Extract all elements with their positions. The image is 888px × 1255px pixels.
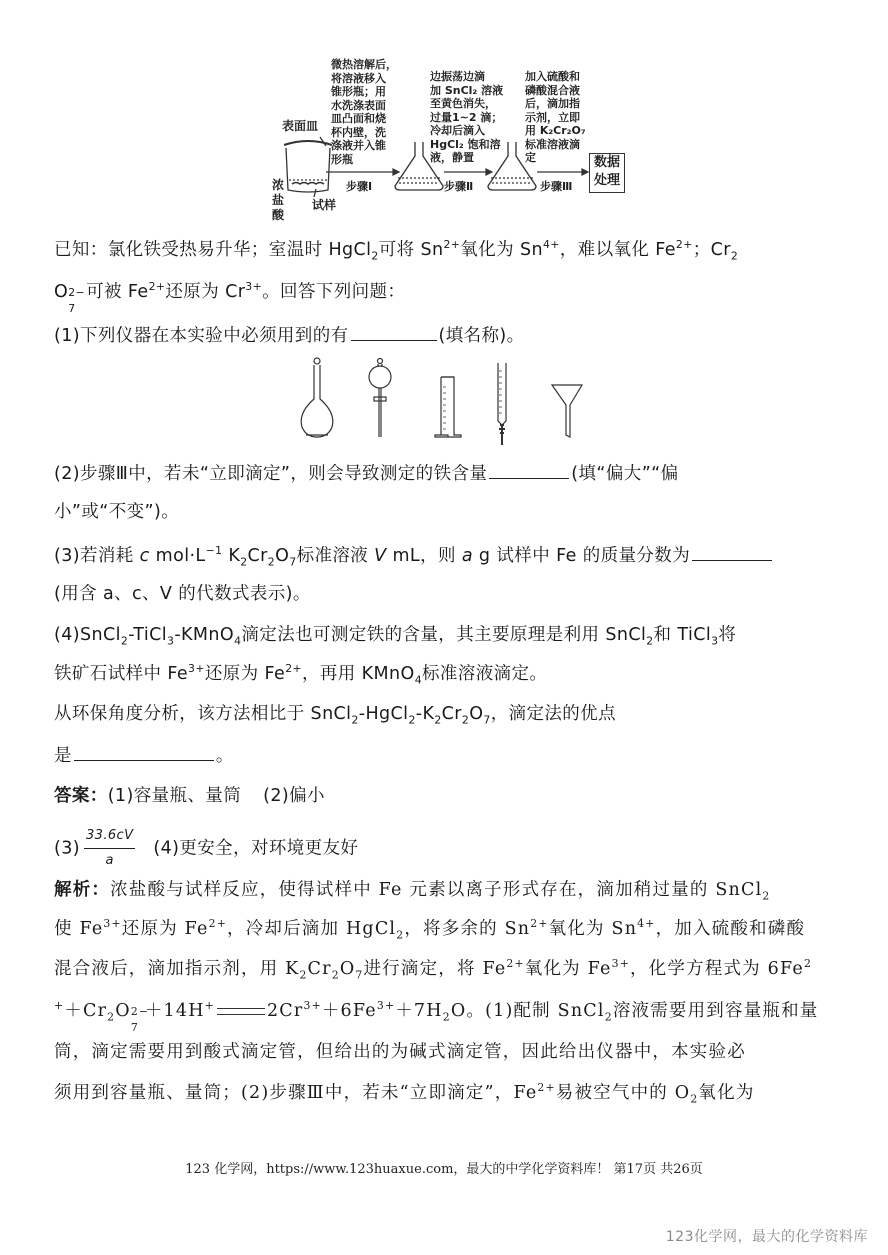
superscript: 2+: [530, 917, 548, 930]
separatory-funnel-icon: [369, 359, 391, 438]
step3-label: 步骤Ⅲ: [540, 178, 572, 194]
subscript: 7: [483, 714, 490, 727]
text: Cr: [308, 959, 332, 979]
text: O: [275, 546, 289, 566]
subscript: 2: [646, 635, 653, 648]
text: O: [115, 1001, 131, 1021]
superscript: 2+: [676, 238, 693, 251]
answer-1: (1)容量瓶、量筒: [108, 786, 241, 806]
text: ，再用 KMnO: [302, 664, 415, 684]
answer-2: (2)偏小: [263, 786, 325, 806]
text: 滴定法也可测定铁的含量，其主要原理是利用 SnCl: [241, 625, 646, 645]
question-2-cont: 小”或“不变”)。: [54, 500, 179, 524]
text: g 试样中 Fe 的质量分数为: [473, 546, 690, 566]
analysis-line-5: 筒，滴定需要用到酸式滴定管，但给出的为碱式滴定管，因此给出仪器中，本实验必: [54, 1040, 746, 1064]
fraction-denominator: a: [84, 849, 135, 873]
data-processing-box: 数据 处理: [589, 153, 625, 193]
answer-line-1: 答案：(1)容量瓶、量筒(2)偏小: [54, 784, 325, 808]
superscript: 4+: [637, 917, 655, 930]
answer-4: (4)更安全，对环境更友好: [153, 839, 358, 859]
text: 标准溶液滴定。: [422, 664, 547, 684]
superscript: 2+: [209, 917, 227, 930]
subscript: 2: [351, 714, 358, 727]
text: ；Cr: [693, 240, 731, 260]
text: (4)SnCl: [54, 625, 121, 645]
text: 从环保角度分析，该方法相比于 SnCl: [54, 704, 351, 724]
text: ＋7H: [395, 1001, 443, 1021]
analysis-line-3: 混合液后，滴加指示剂，用 K2Cr2O7进行滴定，将 Fe2+氧化为 Fe3+，…: [54, 957, 812, 981]
text: 浓盐酸与试样反应，使得试样中 Fe 元素以离子形式存在，滴加稍过量的 SnCl: [110, 880, 762, 900]
superscript: 2: [804, 957, 812, 970]
text: Cr: [442, 704, 462, 724]
subscript: 2: [731, 250, 738, 263]
subscript: 2: [240, 556, 247, 569]
subscript: 2: [299, 969, 307, 982]
text: 使 Fe: [54, 919, 103, 939]
text: 铁矿石试样中 Fe: [54, 664, 188, 684]
question-1-text: (1)下列仪器在本实验中必须用到的有: [54, 326, 349, 346]
subscript: 2: [408, 714, 415, 727]
text: 氧化为 Sn: [460, 240, 543, 260]
text: O。(1)配制 SnCl: [451, 1001, 605, 1021]
analysis-line-6: 须用到容量瓶、量筒；(2)步骤Ⅲ中，若未“立即滴定”，Fe2+易被空气中的 O2…: [54, 1081, 755, 1105]
subscript: 2: [762, 890, 770, 903]
text: ，滴定法的优点: [491, 704, 616, 724]
answer-line-2: (3)33.6cVa(4)更安全，对环境更友好: [54, 824, 358, 873]
text: 氧化为: [698, 1083, 754, 1103]
text: -TiCl: [128, 625, 167, 645]
var-a: a: [462, 546, 473, 566]
text: 氧化为 Fe: [525, 959, 612, 979]
step1-label: 步骤Ⅰ: [346, 178, 372, 194]
var-c: c: [140, 546, 150, 566]
procedure-diagram: 表面皿 浓 盐 酸 试样 微热溶解后， 将溶液移入 锥形瓶；用 水洗涤表面 皿凸…: [268, 0, 628, 220]
text: ，冷却后滴加 HgCl: [227, 919, 396, 939]
step2-label: 步骤Ⅱ: [444, 178, 473, 194]
data-processing-label: 数据 处理: [594, 155, 620, 188]
question-2: (2)步骤Ⅲ中，若未“立即滴定”，则会导致测定的铁含量(填“偏大”“偏: [54, 460, 679, 486]
text: 还原为 Fe: [205, 664, 285, 684]
subscript: 2: [434, 714, 441, 727]
analysis-line-4: +＋Cr2O2−7＋14H+2Cr3+＋6Fe3+＋7H2O。(1)配制 SnC…: [54, 999, 819, 1023]
superscript: 3+: [245, 280, 262, 293]
text: 混合液后，滴加指示剂，用 K: [54, 959, 299, 979]
question-4-line-3: 从环保角度分析，该方法相比于 SnCl2-HgCl2-K2Cr2O7，滴定法的优…: [54, 702, 616, 726]
question-4: (4)SnCl2-TiCl3-KMnO4滴定法也可测定铁的含量，其主要原理是利用…: [54, 623, 736, 647]
question-4-line-2: 铁矿石试样中 Fe3+还原为 Fe2+，再用 KMnO4标准溶液滴定。: [54, 662, 547, 686]
subscript: 2: [332, 969, 340, 982]
answer-3-prefix: (3): [54, 839, 80, 859]
subscript: 2: [605, 1011, 613, 1024]
answer-3-fraction: 33.6cVa: [84, 824, 135, 873]
burette-icon: [498, 363, 506, 445]
beaker-icon: [284, 137, 332, 197]
superscript: 4+: [543, 238, 560, 251]
superscript: 3+: [612, 957, 630, 970]
superscript: 3+: [303, 999, 321, 1012]
text: ＋14H: [145, 1001, 205, 1021]
subscript: 4: [415, 674, 422, 687]
superscript: 2+: [537, 1081, 555, 1094]
question-3-cont: (用含 a、c、V 的代数式表示)。: [54, 582, 311, 606]
question-1-hint: (填名称)。: [439, 326, 525, 346]
fraction-numerator: 33.6cV: [84, 824, 135, 849]
step2-note: 边振荡边滴 加 SnCl₂ 溶液 至黄色消失， 过量1~2 滴； 冷却后滴入 H…: [430, 70, 503, 165]
step3-note: 加入硫酸和 磷酸混合液 后，滴加指 示剂，立即 用 K₂Cr₂O₇ 标准溶液滴 …: [525, 70, 586, 165]
funnel-icon: [552, 385, 582, 437]
step1-note: 微热溶解后， 将溶液移入 锥形瓶；用 水洗涤表面 皿凸面和烧 杯内壁，洗 涤液并…: [331, 58, 397, 166]
analysis-label: 解析：: [54, 880, 110, 900]
text: 2Cr: [267, 1001, 304, 1021]
document-page: 表面皿 浓 盐 酸 试样 微热溶解后， 将溶液移入 锥形瓶；用 水洗涤表面 皿凸…: [0, 0, 888, 1255]
text: 可将 Sn: [379, 240, 444, 260]
watch-glass-label: 表面皿: [282, 117, 318, 134]
text: 溶液需要用到容量瓶和量: [613, 1001, 819, 1021]
text: ＋Cr: [64, 1001, 107, 1021]
text: O: [54, 282, 68, 302]
text: O: [340, 959, 356, 979]
text: 可被 Fe: [86, 282, 148, 302]
superscript: +: [54, 999, 64, 1012]
text: 标准溶液: [297, 546, 375, 566]
superscript: 3+: [188, 662, 205, 675]
question-1: (1)下列仪器在本实验中必须用到的有(填名称)。: [54, 322, 525, 348]
text: ，将多余的 Sn: [404, 919, 530, 939]
subscript: 2: [443, 1011, 451, 1024]
var-v: V: [374, 546, 386, 566]
answer-blank-3[interactable]: [692, 542, 772, 561]
text: mol·L: [150, 546, 206, 566]
text: 须用到容量瓶、量筒；(2)步骤Ⅲ中，若未“立即滴定”，Fe: [54, 1083, 537, 1103]
subscript: 7: [289, 556, 296, 569]
text: 。回答下列问题：: [262, 282, 405, 302]
superscript: 2+: [444, 238, 461, 251]
text: -HgCl: [359, 704, 409, 724]
superscript: 2+: [149, 280, 166, 293]
text: -K: [416, 704, 435, 724]
text: O: [469, 704, 483, 724]
text: 易被空气中的 O: [556, 1083, 691, 1103]
text: 将: [718, 625, 736, 645]
text: Cr: [248, 546, 268, 566]
text: ，加入硫酸和磷酸: [656, 919, 806, 939]
acid-label: 浓 盐 酸: [272, 178, 284, 223]
known-line-1: 已知：氯化铁受热易升华；室温时 HgCl2可将 Sn2+氧化为 Sn4+，难以氧…: [54, 238, 738, 262]
superscript: 2+: [285, 662, 302, 675]
text: 是: [54, 746, 72, 766]
page-footer: 123 化学网，https://www.123huaxue.com，最大的中学化…: [0, 1158, 888, 1177]
answer-blank-2[interactable]: [489, 460, 569, 479]
answer-blank-1[interactable]: [351, 322, 437, 341]
text: 和 TiCl: [654, 625, 712, 645]
text: K: [222, 546, 240, 566]
known-line-2: O2−7 可被 Fe2+还原为 Cr3+。回答下列问题：: [54, 280, 405, 304]
instrument-figures: [290, 355, 610, 447]
question-2-text: (2)步骤Ⅲ中，若未“立即滴定”，则会导致测定的铁含量: [54, 464, 487, 484]
analysis-line-2: 使 Fe3+还原为 Fe2+，冷却后滴加 HgCl2，将多余的 Sn2+氧化为 …: [54, 917, 805, 941]
text: 。: [216, 746, 234, 766]
question-4-line-4: 是。: [54, 742, 234, 768]
question-3: (3)若消耗 c mol·L−1 K2Cr2O7标准溶液 V mL，则 a g …: [54, 542, 774, 568]
answer-blank-4[interactable]: [74, 742, 214, 761]
text: ，难以氧化 Fe: [560, 240, 676, 260]
instrument-drawing: [290, 355, 610, 447]
subscript: 2: [371, 250, 378, 263]
question-2-hint-cont: 小”或“不变”)。: [54, 502, 179, 522]
site-watermark: 123化学网，最大的化学资料库: [666, 1226, 868, 1246]
equals-sign: [217, 1008, 265, 1015]
text: (3)若消耗: [54, 546, 140, 566]
question-3-hint: (用含 a、c、V 的代数式表示)。: [54, 584, 311, 604]
volumetric-flask-icon: [301, 358, 333, 437]
text: mL，则: [387, 546, 462, 566]
sample-label: 试样: [312, 196, 336, 213]
analysis-line-1: 解析：浓盐酸与试样反应，使得试样中 Fe 元素以离子形式存在，滴加稍过量的 Sn…: [54, 878, 771, 902]
question-2-hint: (填“偏大”“偏: [571, 464, 678, 484]
subscript: 2: [268, 556, 275, 569]
answer-label: 答案：: [54, 786, 108, 806]
superscript: 3+: [103, 917, 121, 930]
text: 还原为 Cr: [165, 282, 245, 302]
text: ，化学方程式为 6Fe: [630, 959, 804, 979]
text: 进行滴定，将 Fe: [363, 959, 506, 979]
text: 筒，滴定需要用到酸式滴定管，但给出的为碱式滴定管，因此给出仪器中，本实验必: [54, 1042, 746, 1062]
text: -KMnO: [174, 625, 234, 645]
superscript: 2+: [506, 957, 524, 970]
text: 还原为 Fe: [122, 919, 209, 939]
text: ＋6Fe: [322, 1001, 377, 1021]
graduated-cylinder-icon: [435, 377, 461, 437]
text: 氧化为 Sn: [549, 919, 638, 939]
superscript: +: [205, 999, 215, 1012]
superscript: −1: [206, 544, 223, 557]
superscript: 3+: [377, 999, 395, 1012]
text: 已知：氯化铁受热易升华；室温时 HgCl: [54, 240, 371, 260]
